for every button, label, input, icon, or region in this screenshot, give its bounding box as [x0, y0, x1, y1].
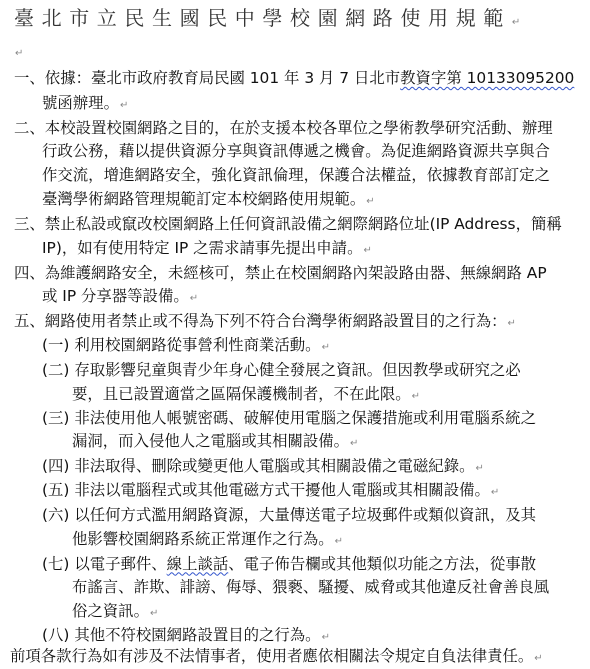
item-text: 臺灣學術網路管理規範訂定本校網路使用規範。	[42, 190, 365, 208]
item-text: 依據：臺北市政府教育局民國 101 年 3 月 7 日北市	[45, 69, 400, 87]
paragraph-mark-icon: ↵	[512, 17, 520, 28]
item-2-cont: 作交流，增進網路安全，強化資訊倫理，保護合法權益，依據教育部訂定之	[42, 163, 550, 187]
paragraph-mark-icon: ↵	[322, 342, 330, 353]
subitem-text: 俗之資訊。	[72, 602, 149, 620]
item-text: 行政公務，藉以提供資源分享與資訊傳遞之機會。為促進網路資源共享與合	[42, 142, 550, 160]
paragraph-mark-icon: ↵	[412, 391, 420, 402]
paragraph-mark-icon: ↵	[150, 608, 158, 619]
item-text: 號函辦理。	[42, 94, 119, 112]
item-number: 四、	[14, 264, 45, 282]
subitem-7: (七) 以電子郵件、線上談話、電子佈告欄或其他類似功能之方法，從事散	[42, 552, 536, 576]
subitem-text: 存取影響兒童與青少年身心健全發展之資訊。但因教學或研究之必	[74, 361, 520, 379]
item-text: IP)，如有使用特定 IP 之需求請事先提出申請。	[42, 239, 362, 257]
paragraph-mark-icon: ↵	[120, 100, 128, 111]
item-text: 網路使用者禁止或不得為下列不符合台灣學術網路設置目的之行為：	[45, 312, 507, 330]
paragraph-mark-icon: ↵	[363, 245, 371, 256]
paragraph-mark-icon: ↵	[15, 46, 23, 62]
item-4-cont: 或 IP 分享器等設備。↵	[42, 284, 198, 311]
item-number: 五、	[14, 312, 45, 330]
title-text: 臺北市立民生國民中學校園網路使用規範	[14, 6, 511, 30]
subitem-1: (一) 利用校園網路從事營利性商業活動。↵	[42, 333, 330, 360]
paragraph-mark-icon: ↵	[491, 487, 499, 498]
item-number: 三、	[14, 215, 45, 233]
item-number: 一、	[14, 69, 45, 87]
subitem-text: 、電子佈告欄或其他類似功能之方法，從事散	[228, 555, 536, 573]
subitem-6-cont: 他影響校園網路系統正常運作之行為。↵	[72, 527, 343, 554]
item-3: 三、禁止私設或竄改校園網路上任何資訊設備之網際網路位址(IP Address，簡…	[14, 212, 562, 236]
subitem-5: (五) 非法以電腦程式或其他電磁方式干擾他人電腦或其相關設備。↵	[42, 478, 499, 505]
item-text: 作交流，增進網路安全，強化資訊倫理，保護合法權益，依據教育部訂定之	[42, 166, 550, 184]
subitem-text: 其他不符校園網路設置目的之行為。	[74, 626, 320, 644]
subitem-number: (七)	[42, 555, 69, 573]
subitem-text: 非法以電腦程式或其他電磁方式干擾他人電腦或其相關設備。	[74, 481, 490, 499]
item-text: 禁止私設或竄改校園網路上任何資訊設備之網際網路位址(IP Address，簡稱	[45, 215, 562, 233]
subitem-text: 利用校園網路從事營利性商業活動。	[74, 336, 320, 354]
subitem-text: 他影響校園網路系統正常運作之行為。	[72, 530, 334, 548]
item-4: 四、為維護網路安全，未經核可，禁止在校園網路內架設路由器、無線網路 AP	[14, 261, 547, 285]
subitem-text: 非法使用他人帳號密碼、破解使用電腦之保護措施或利用電腦系統之	[74, 409, 536, 427]
subitem-number: (五)	[42, 481, 69, 499]
item-2: 二、本校設置校園網路之目的，在於支援本校各單位之學術教學研究活動、辦理	[14, 116, 553, 140]
paragraph-mark-icon: ↵	[335, 536, 343, 547]
item-number: 二、	[14, 119, 45, 137]
subitem-6: (六) 以任何方式濫用網路資源，大量傳送電子垃圾郵件或類似資訊，及其	[42, 503, 536, 527]
subitem-text: 要，且已設置適當之區隔保護機制者，不在此限。	[72, 385, 411, 403]
paragraph-mark-icon: ↵	[475, 463, 483, 474]
subitem-text: 布謠言、詐欺、誹謗、侮辱、猥褻、騷擾、威脅或其他違反社會善良風	[72, 578, 549, 596]
spellcheck-text: 線上談話	[167, 555, 229, 573]
paragraph-mark-icon: ↵	[190, 293, 198, 304]
spellcheck-text: 教資字第 10133095200	[400, 69, 574, 87]
closing-paragraph: 前項各款行為如有涉及不法情事者，使用者應依相關法令規定自負法律責任。↵	[10, 644, 543, 669]
item-2-cont: 臺灣學術網路管理規範訂定本校網路使用規範。↵	[42, 187, 375, 214]
subitem-3: (三) 非法使用他人帳號密碼、破解使用電腦之保護措施或利用電腦系統之	[42, 406, 536, 430]
item-text: 為維護網路安全，未經核可，禁止在校園網路內架設路由器、無線網路 AP	[45, 264, 547, 282]
subitem-number: (三)	[42, 409, 69, 427]
item-1-cont: 號函辦理。↵	[42, 91, 128, 118]
item-text: 本校設置校園網路之目的，在於支援本校各單位之學術教學研究活動、辦理	[45, 119, 553, 137]
subitem-text: 非法取得、刪除或變更他人電腦或其相關設備之電磁紀錄。	[74, 457, 474, 475]
subitem-2: (二) 存取影響兒童與青少年身心健全發展之資訊。但因教學或研究之必	[42, 358, 521, 382]
subitem-number: (一)	[42, 336, 69, 354]
subitem-number: (六)	[42, 506, 69, 524]
subitem-3-cont: 漏洞，而入侵他人之電腦或其相關設備。↵	[72, 429, 358, 456]
closing-text: 前項各款行為如有涉及不法情事者，使用者應依相關法令規定自負法律責任。	[10, 647, 533, 665]
paragraph-mark-icon: ↵	[534, 653, 542, 664]
item-1: 一、依據：臺北市政府教育局民國 101 年 3 月 7 日北市教資字第 1013…	[14, 66, 574, 90]
subitem-number: (二)	[42, 361, 69, 379]
subitem-7-cont: 布謠言、詐欺、誹謗、侮辱、猥褻、騷擾、威脅或其他違反社會善良風	[72, 575, 549, 599]
document-title: 臺北市立民生國民中學校園網路使用規範↵	[14, 4, 520, 37]
item-text: 或 IP 分享器等設備。	[42, 287, 189, 305]
subitem-number: (四)	[42, 457, 69, 475]
paragraph-mark-icon: ↵	[508, 318, 516, 329]
item-3-cont: IP)，如有使用特定 IP 之需求請事先提出申請。↵	[42, 236, 372, 263]
subitem-text: 漏洞，而入侵他人之電腦或其相關設備。	[72, 432, 349, 450]
subitem-text: 以任何方式濫用網路資源，大量傳送電子垃圾郵件或類似資訊，及其	[74, 506, 536, 524]
subitem-number: (八)	[42, 626, 69, 644]
subitem-text: 以電子郵件、	[74, 555, 166, 573]
paragraph-mark-icon: ↵	[350, 438, 358, 449]
paragraph-mark-icon: ↵	[322, 632, 330, 643]
item-2-cont: 行政公務，藉以提供資源分享與資訊傳遞之機會。為促進網路資源共享與合	[42, 139, 550, 163]
paragraph-mark-icon: ↵	[366, 196, 374, 207]
